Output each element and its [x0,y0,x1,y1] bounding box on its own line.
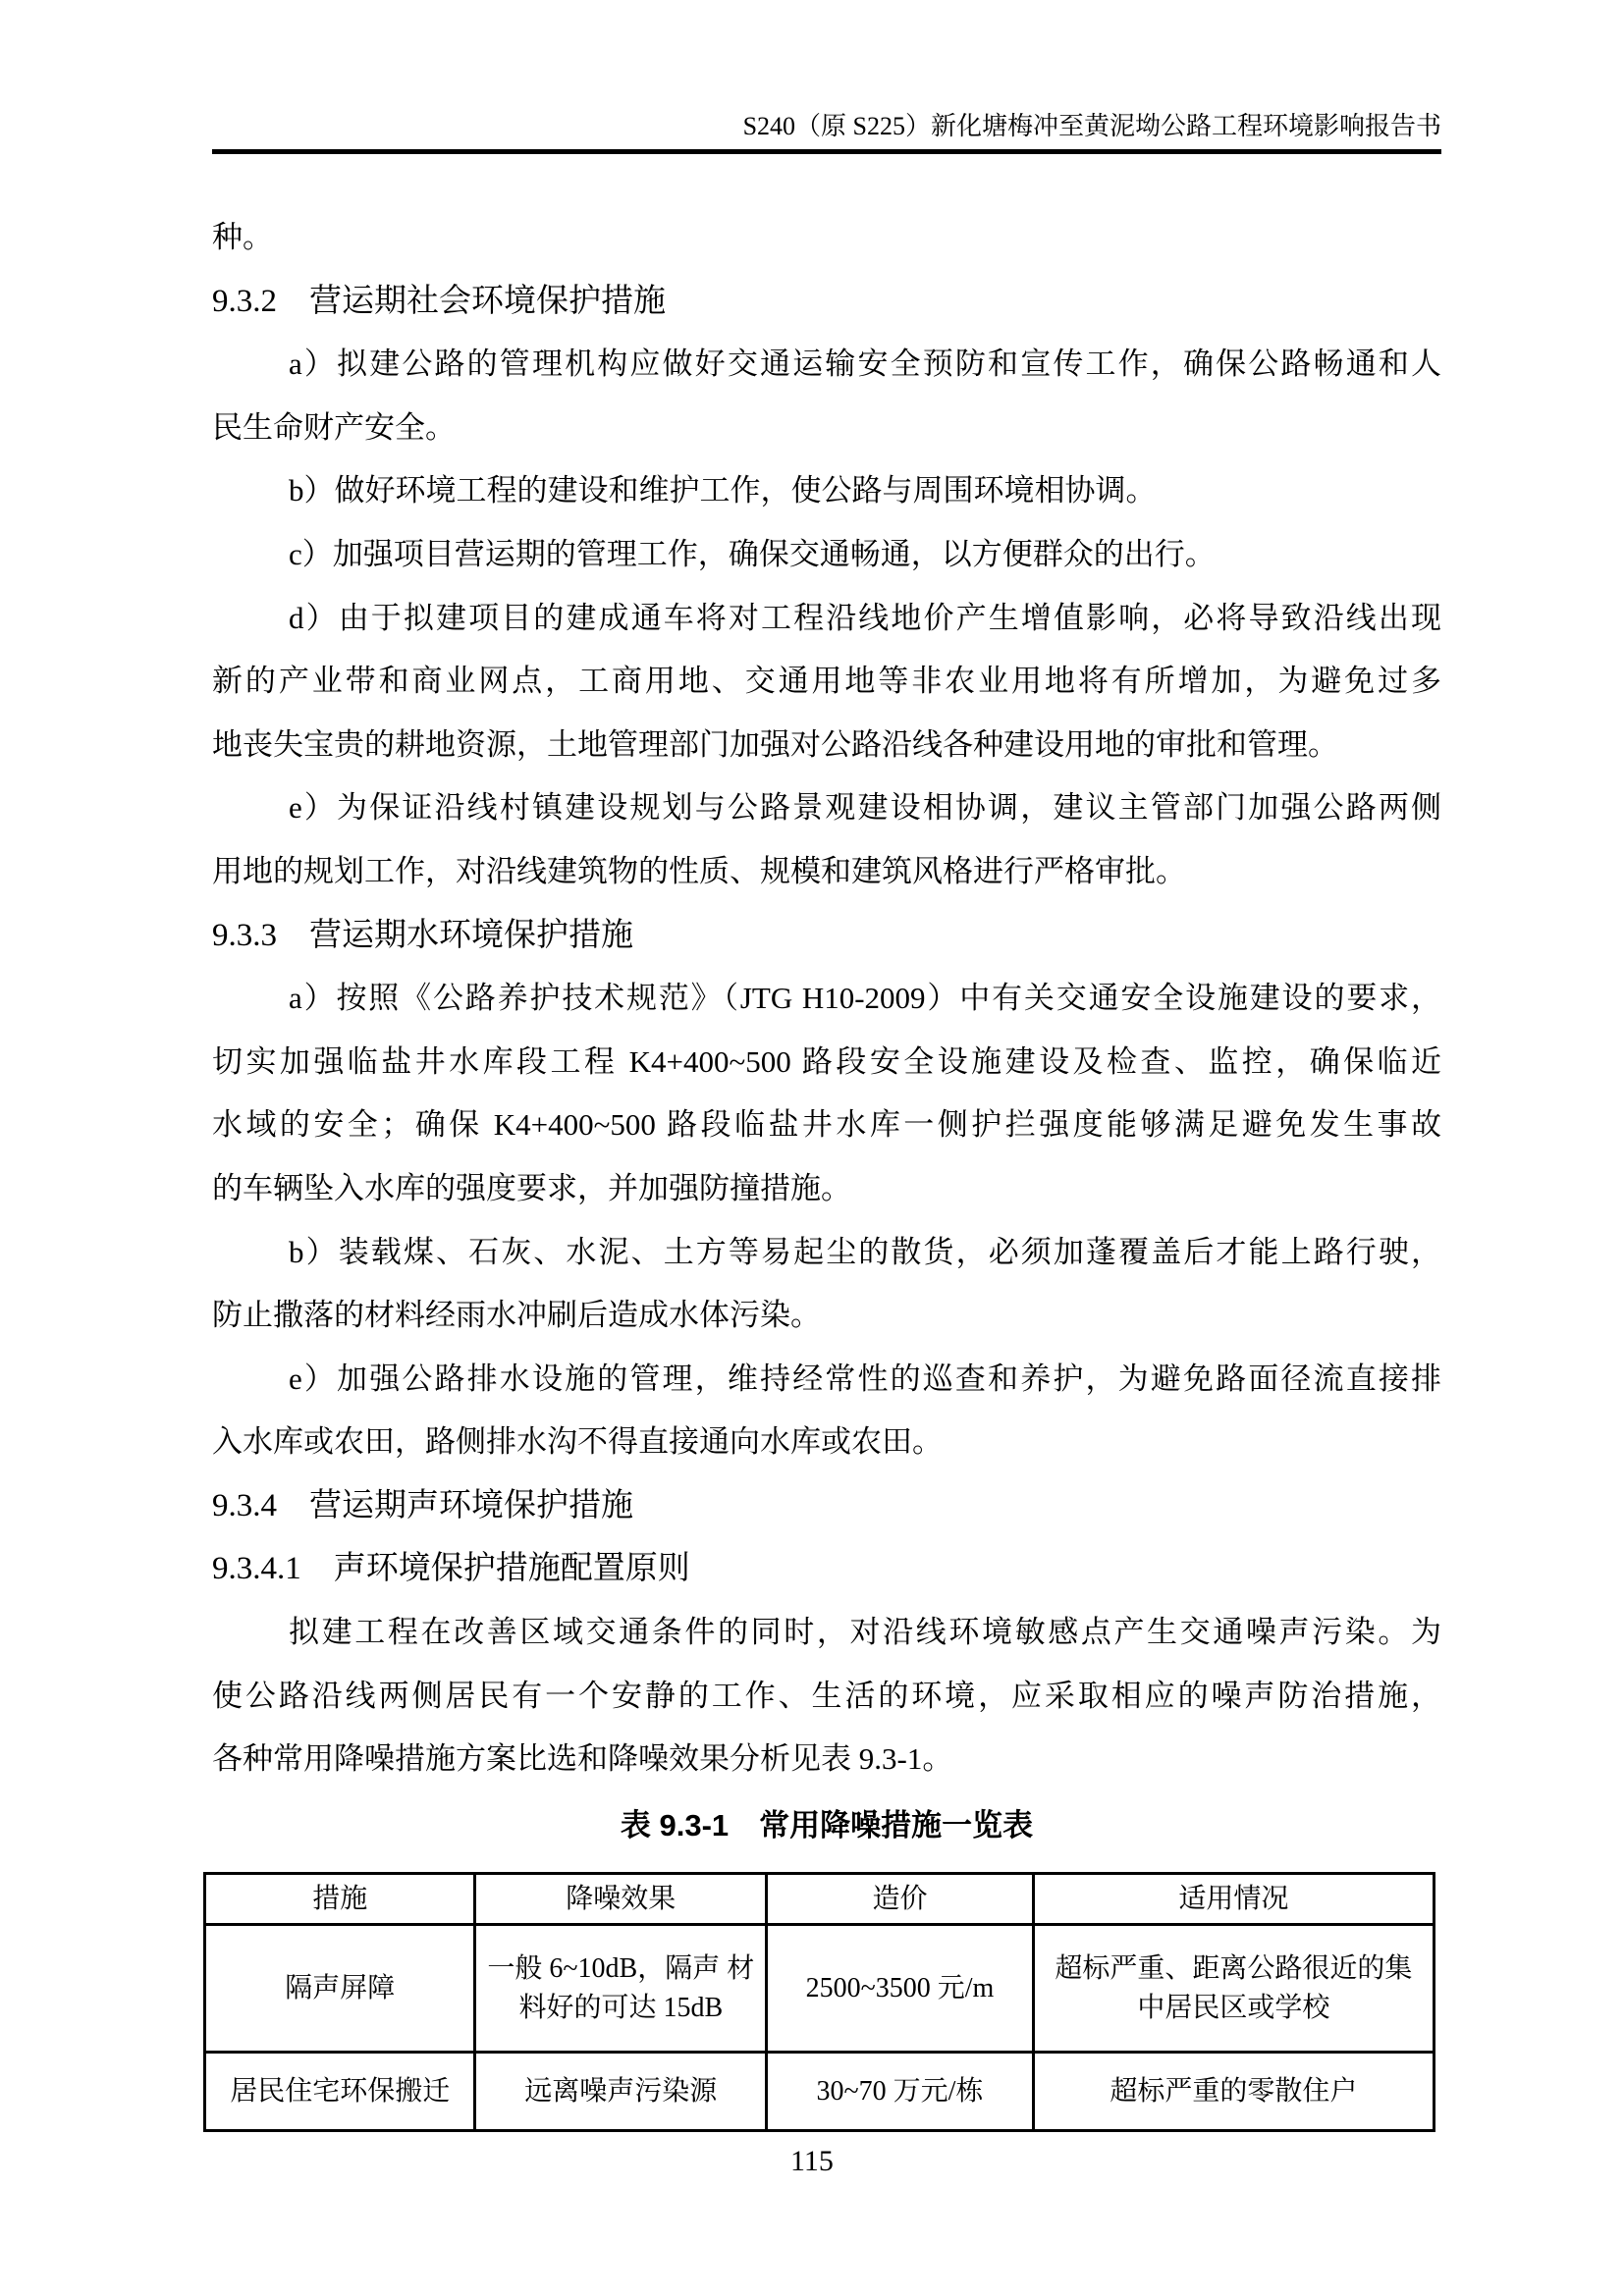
table-header-cell: 措施 [205,1874,475,1925]
body-line: 地丧失宝贵的耕地资源，土地管理部门加强对公路沿线各种建设用地的审批和管理。 [212,714,1441,777]
body-line: 用地的规划工作，对沿线建筑物的性质、规模和建筑风格进行严格审批。 [212,840,1441,904]
body-line: b）做好环境工程的建设和维护工作，使公路与周围环境相协调。 [212,459,1441,523]
table-cell: 30~70 万元/栋 [767,2053,1034,2131]
table-caption: 表 9.3-1 常用降噪措施一览表 [212,1796,1441,1855]
page-footer: 115 [0,2145,1624,2178]
body-line: 使公路沿线两侧居民有一个安静的工作、生活的环境，应采取相应的噪声防治措施， [212,1665,1441,1729]
table-header-cell: 造价 [767,1874,1034,1925]
body-line: e）加强公路排水设施的管理，维持经常性的巡查和养护，为避免路面径流直接排 [212,1348,1441,1412]
table-row: 隔声屏障一般 6~10dB，隔声 材料好的可达 15dB2500~3500 元/… [205,1925,1435,2053]
table-header-row: 措施降噪效果造价适用情况 [205,1874,1435,1925]
body-line: 水域的安全；确保 K4+400~500 路段临盐井水库一侧护拦强度能够满足避免发… [212,1094,1441,1157]
table-cell: 超标严重的零散住户 [1033,2053,1434,2131]
table-header-cell: 降噪效果 [475,1874,767,1925]
body-line: d）由于拟建项目的建成通车将对工程沿线地价产生增值影响，必将导致沿线出现 [212,587,1441,651]
page-number: 115 [790,2145,834,2177]
body-line: 切实加强临盐井水库段工程 K4+400~500 路段安全设施建设及检查、监控，确… [212,1031,1441,1095]
table-header-cell: 适用情况 [1033,1874,1434,1925]
table-cell: 居民住宅环保搬迁 [205,2053,475,2131]
section-heading: 9.3.4 营运期声环境保护措施 [212,1474,1441,1538]
body-line: 的车辆坠入水库的强度要求，并加强防撞措施。 [212,1157,1441,1221]
body-line: 新的产业带和商业网点，工商用地、交通用地等非农业用地将有所增加，为避免过多 [212,650,1441,714]
table-body: 隔声屏障一般 6~10dB，隔声 材料好的可达 15dB2500~3500 元/… [205,1925,1435,2131]
body-line: 拟建工程在改善区域交通条件的同时，对沿线环境敏感点产生交通噪声污染。为 [212,1601,1441,1665]
body-line: c）加强项目营运期的管理工作，确保交通畅通，以方便群众的出行。 [212,523,1441,587]
body-line: e）为保证沿线村镇建设规划与公路景观建设相协调，建议主管部门加强公路两侧 [212,776,1441,840]
table-cell: 2500~3500 元/m [767,1925,1034,2053]
table-cell: 隔声屏障 [205,1925,475,2053]
noise-measures-table: 措施降噪效果造价适用情况 隔声屏障一般 6~10dB，隔声 材料好的可达 15d… [203,1872,1435,2132]
document-page: S240（原 S225）新化塘梅冲至黄泥坳公路工程环境影响报告书 种。9.3.2… [0,0,1624,2296]
body-line: b）装载煤、石灰、水泥、土方等易起尘的散货，必须加蓬覆盖后才能上路行驶， [212,1221,1441,1285]
body-line: 民生命财产安全。 [212,397,1441,460]
body-line: a）按照《公路养护技术规范》（JTG H10-2009）中有关交通安全设施建设的… [212,967,1441,1031]
page-header: S240（原 S225）新化塘梅冲至黄泥坳公路工程环境影响报告书 [212,110,1441,154]
body-line: 种。 [212,206,1441,270]
table-cell: 超标严重、距离公路很近的集中居民区或学校 [1033,1925,1434,2053]
document-body: 种。9.3.2 营运期社会环境保护措施a）拟建公路的管理机构应做好交通运输安全预… [212,206,1441,1791]
section-heading: 9.3.4.1 声环境保护措施配置原则 [212,1537,1441,1601]
table-row: 居民住宅环保搬迁远离噪声污染源30~70 万元/栋超标严重的零散住户 [205,2053,1435,2131]
section-heading: 9.3.2 营运期社会环境保护措施 [212,270,1441,334]
body-line: 防止撒落的材料经雨水冲刷后造成水体污染。 [212,1284,1441,1348]
body-line: 各种常用降噪措施方案比选和降噪效果分析见表 9.3-1。 [212,1728,1441,1791]
section-heading: 9.3.3 营运期水环境保护措施 [212,904,1441,968]
table-cell: 远离噪声污染源 [475,2053,767,2131]
table-head: 措施降噪效果造价适用情况 [205,1874,1435,1925]
table-cell: 一般 6~10dB，隔声 材料好的可达 15dB [475,1925,767,2053]
body-line: a）拟建公路的管理机构应做好交通运输安全预防和宣传工作，确保公路畅通和人 [212,333,1441,397]
report-title: S240（原 S225）新化塘梅冲至黄泥坳公路工程环境影响报告书 [743,112,1441,140]
body-line: 入水库或农田，路侧排水沟不得直接通向水库或农田。 [212,1411,1441,1474]
